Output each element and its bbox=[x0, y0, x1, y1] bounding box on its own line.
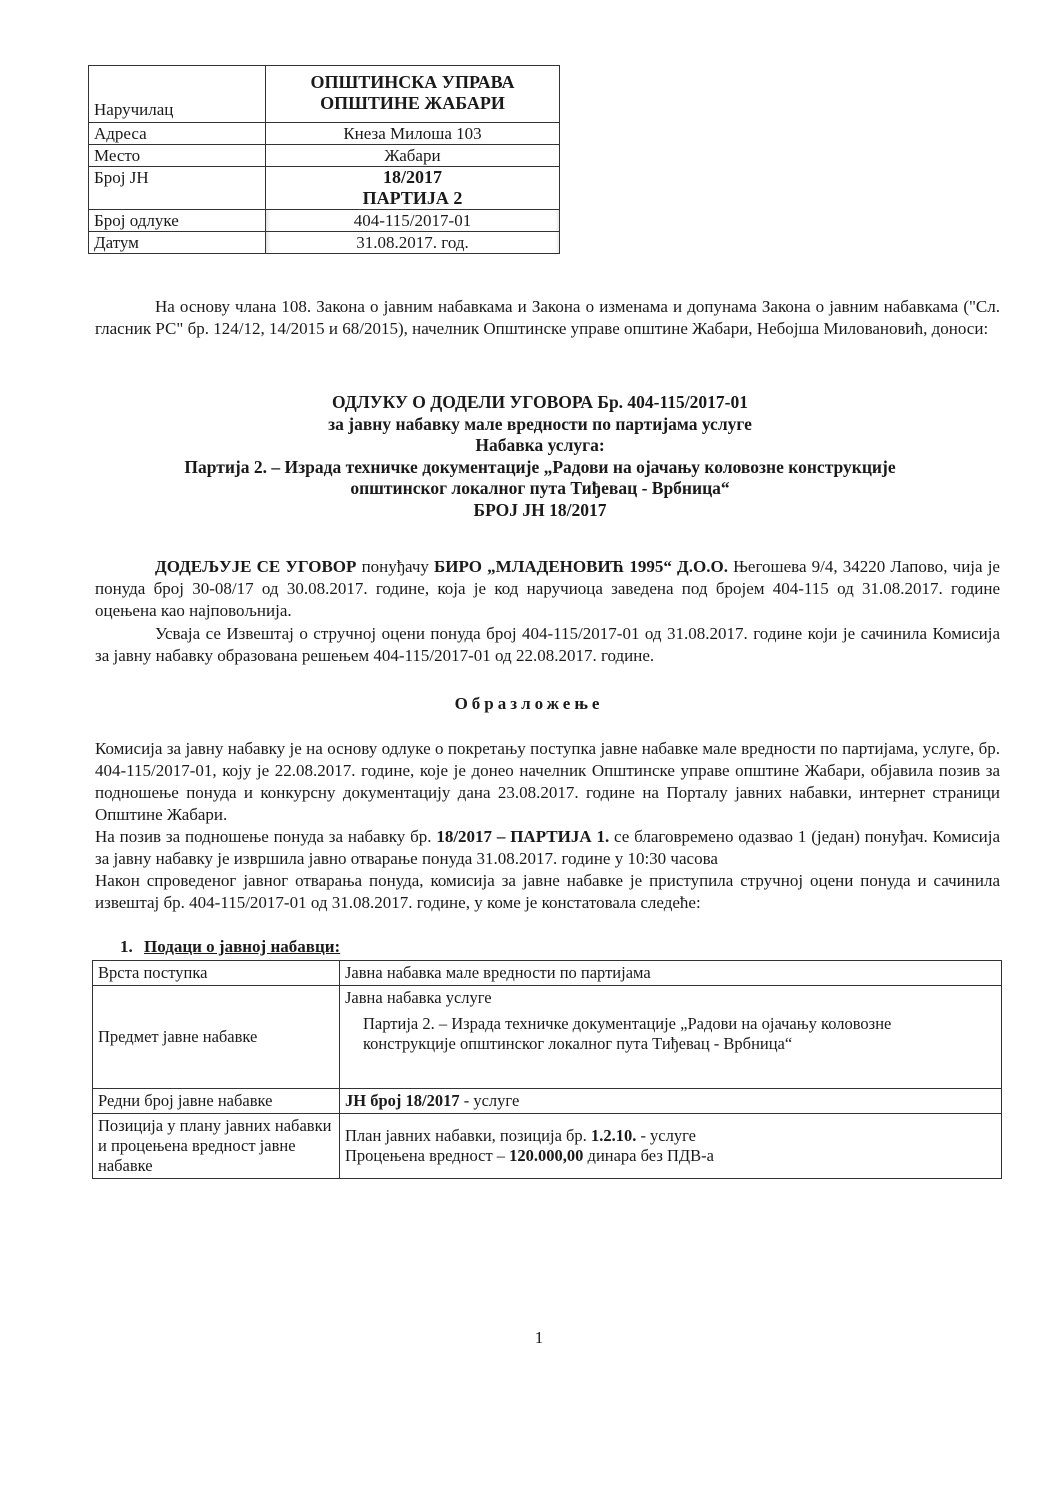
procurement-data-table: Врста поступка Јавна набавка мале вредно… bbox=[92, 960, 1002, 1179]
authority-line-2: ОПШТИНЕ ЖАБАРИ bbox=[271, 93, 554, 114]
page-number: 1 bbox=[0, 1328, 1058, 1348]
info-label: Место bbox=[89, 145, 266, 167]
info-label: Адреса bbox=[89, 123, 266, 145]
table-row: Врста поступка Јавна набавка мале вредно… bbox=[93, 961, 1002, 986]
decision-title: ОДЛУКУ О ДОДЕЛИ УГОВОРА Бр. 404-115/2017… bbox=[100, 392, 980, 414]
plan-position: План јавних набавки, позиција бр. 1.2.10… bbox=[345, 1126, 996, 1146]
reasoning-paragraph-2: На позив за подношење понуда за набавку … bbox=[95, 826, 1000, 870]
info-label: Број ЈН bbox=[89, 167, 266, 210]
decision-subtitle: за јавну набавку мале вредности по парти… bbox=[100, 414, 980, 436]
table-row: Редни број јавне набавке ЈН број 18/2017… bbox=[93, 1089, 1002, 1114]
info-row-procurement-number: Број ЈН 18/2017 ПАРТИЈА 2 bbox=[89, 167, 560, 210]
procurement-type: Набавка услуга: bbox=[100, 435, 980, 457]
info-label: Датум bbox=[89, 232, 266, 254]
info-value: 18/2017 ПАРТИЈА 2 bbox=[266, 167, 560, 210]
lot-title-line-1: Партија 2. – Израда техничке документаци… bbox=[100, 457, 980, 479]
row-value: Јавна набавка услуге Партија 2. – Израда… bbox=[340, 986, 1002, 1089]
row-label: Редни број јавне набавке bbox=[93, 1089, 340, 1114]
award-paragraph: ДОДЕЉУЈЕ СЕ УГОВОР понуђачу БИРО „МЛАДЕН… bbox=[95, 556, 1000, 622]
row-label: Предмет јавне набавке bbox=[93, 986, 340, 1089]
subject-intro: Јавна набавка услуге bbox=[345, 988, 996, 1008]
reasoning-heading: Образложење bbox=[0, 694, 1058, 714]
row-label: Врста поступка bbox=[93, 961, 340, 986]
award-lead: ДОДЕЉУЈЕ СЕ УГОВОР bbox=[155, 557, 356, 576]
info-value: 404-115/2017-01 bbox=[266, 210, 560, 232]
authority-line-1: ОПШТИНСКА УПРАВА bbox=[271, 72, 554, 93]
reasoning-text: На позив за подношење понуда за набавку … bbox=[95, 827, 436, 846]
table-row: Предмет јавне набавке Јавна набавка услу… bbox=[93, 986, 1002, 1089]
info-row-contracting-authority: Наручилац ОПШТИНСКА УПРАВА ОПШТИНЕ ЖАБАР… bbox=[89, 66, 560, 123]
row-value: Јавна набавка мале вредности по партијам… bbox=[340, 961, 1002, 986]
info-row-address: Адреса Кнеза Милоша 103 bbox=[89, 123, 560, 145]
info-value: Кнеза Милоша 103 bbox=[266, 123, 560, 145]
info-value: ОПШТИНСКА УПРАВА ОПШТИНЕ ЖАБАРИ bbox=[266, 66, 560, 123]
subject-lot-title: Партија 2. – Израда техничке документаци… bbox=[345, 1008, 996, 1054]
bidder-name: БИРО „МЛАДЕНОВИЋ 1995“ Д.О.О. bbox=[434, 557, 728, 576]
section-title: Подаци о јавној набавци: bbox=[144, 937, 340, 956]
estimated-amount: 120.000,00 bbox=[509, 1146, 583, 1165]
award-text: понуђачу bbox=[356, 557, 434, 576]
procurement-number-heading: БРОЈ ЈН 18/2017 bbox=[100, 500, 980, 522]
procurement-type-text: - услуге bbox=[460, 1091, 520, 1110]
procurement-number: 18/2017 bbox=[271, 167, 554, 188]
intro-paragraph: На основу члана 108. Закона о јавним наб… bbox=[95, 296, 1000, 340]
info-row-place: Место Жабари bbox=[89, 145, 560, 167]
position-number: 1.2.10. bbox=[591, 1126, 636, 1145]
section-1-heading: 1.Подаци о јавној набавци: bbox=[120, 937, 340, 957]
info-row-date: Датум 31.08.2017. год. bbox=[89, 232, 560, 254]
row-value: ЈН број 18/2017 - услуге bbox=[340, 1089, 1002, 1114]
info-label: Наручилац bbox=[89, 66, 266, 123]
reasoning-paragraph-3: Након спроведеног јавног отварања понуда… bbox=[95, 870, 1000, 914]
procurement-serial: ЈН број 18/2017 bbox=[345, 1091, 460, 1110]
reasoning-paragraph-1: Комисија за јавну набавку је на основу о… bbox=[95, 738, 1000, 826]
info-value: Жабари bbox=[266, 145, 560, 167]
estimated-value: Процењена вредност – 120.000,00 динара б… bbox=[345, 1146, 996, 1166]
row-value: План јавних набавки, позиција бр. 1.2.10… bbox=[340, 1114, 1002, 1179]
lot-number: ПАРТИЈА 2 bbox=[271, 188, 554, 209]
decision-title-block: ОДЛУКУ О ДОДЕЛИ УГОВОРА Бр. 404-115/2017… bbox=[100, 392, 980, 521]
info-value: 31.08.2017. год. bbox=[266, 232, 560, 254]
section-number: 1. bbox=[120, 937, 144, 957]
table-row: Позиција у плану јавних набавки и процењ… bbox=[93, 1114, 1002, 1179]
row-label: Позиција у плану јавних набавки и процењ… bbox=[93, 1114, 340, 1179]
lot-reference: 18/2017 – ПАРТИЈА 1. bbox=[436, 827, 609, 846]
info-label: Број одлуке bbox=[89, 210, 266, 232]
adopt-report-paragraph: Усваја се Извештај о стручној оцени пону… bbox=[95, 623, 1000, 667]
info-row-decision-number: Број одлуке 404-115/2017-01 bbox=[89, 210, 560, 232]
header-info-table: Наручилац ОПШТИНСКА УПРАВА ОПШТИНЕ ЖАБАР… bbox=[88, 65, 560, 254]
lot-title-line-2: општинског локалног пута Тиђевац - Врбни… bbox=[100, 478, 980, 500]
